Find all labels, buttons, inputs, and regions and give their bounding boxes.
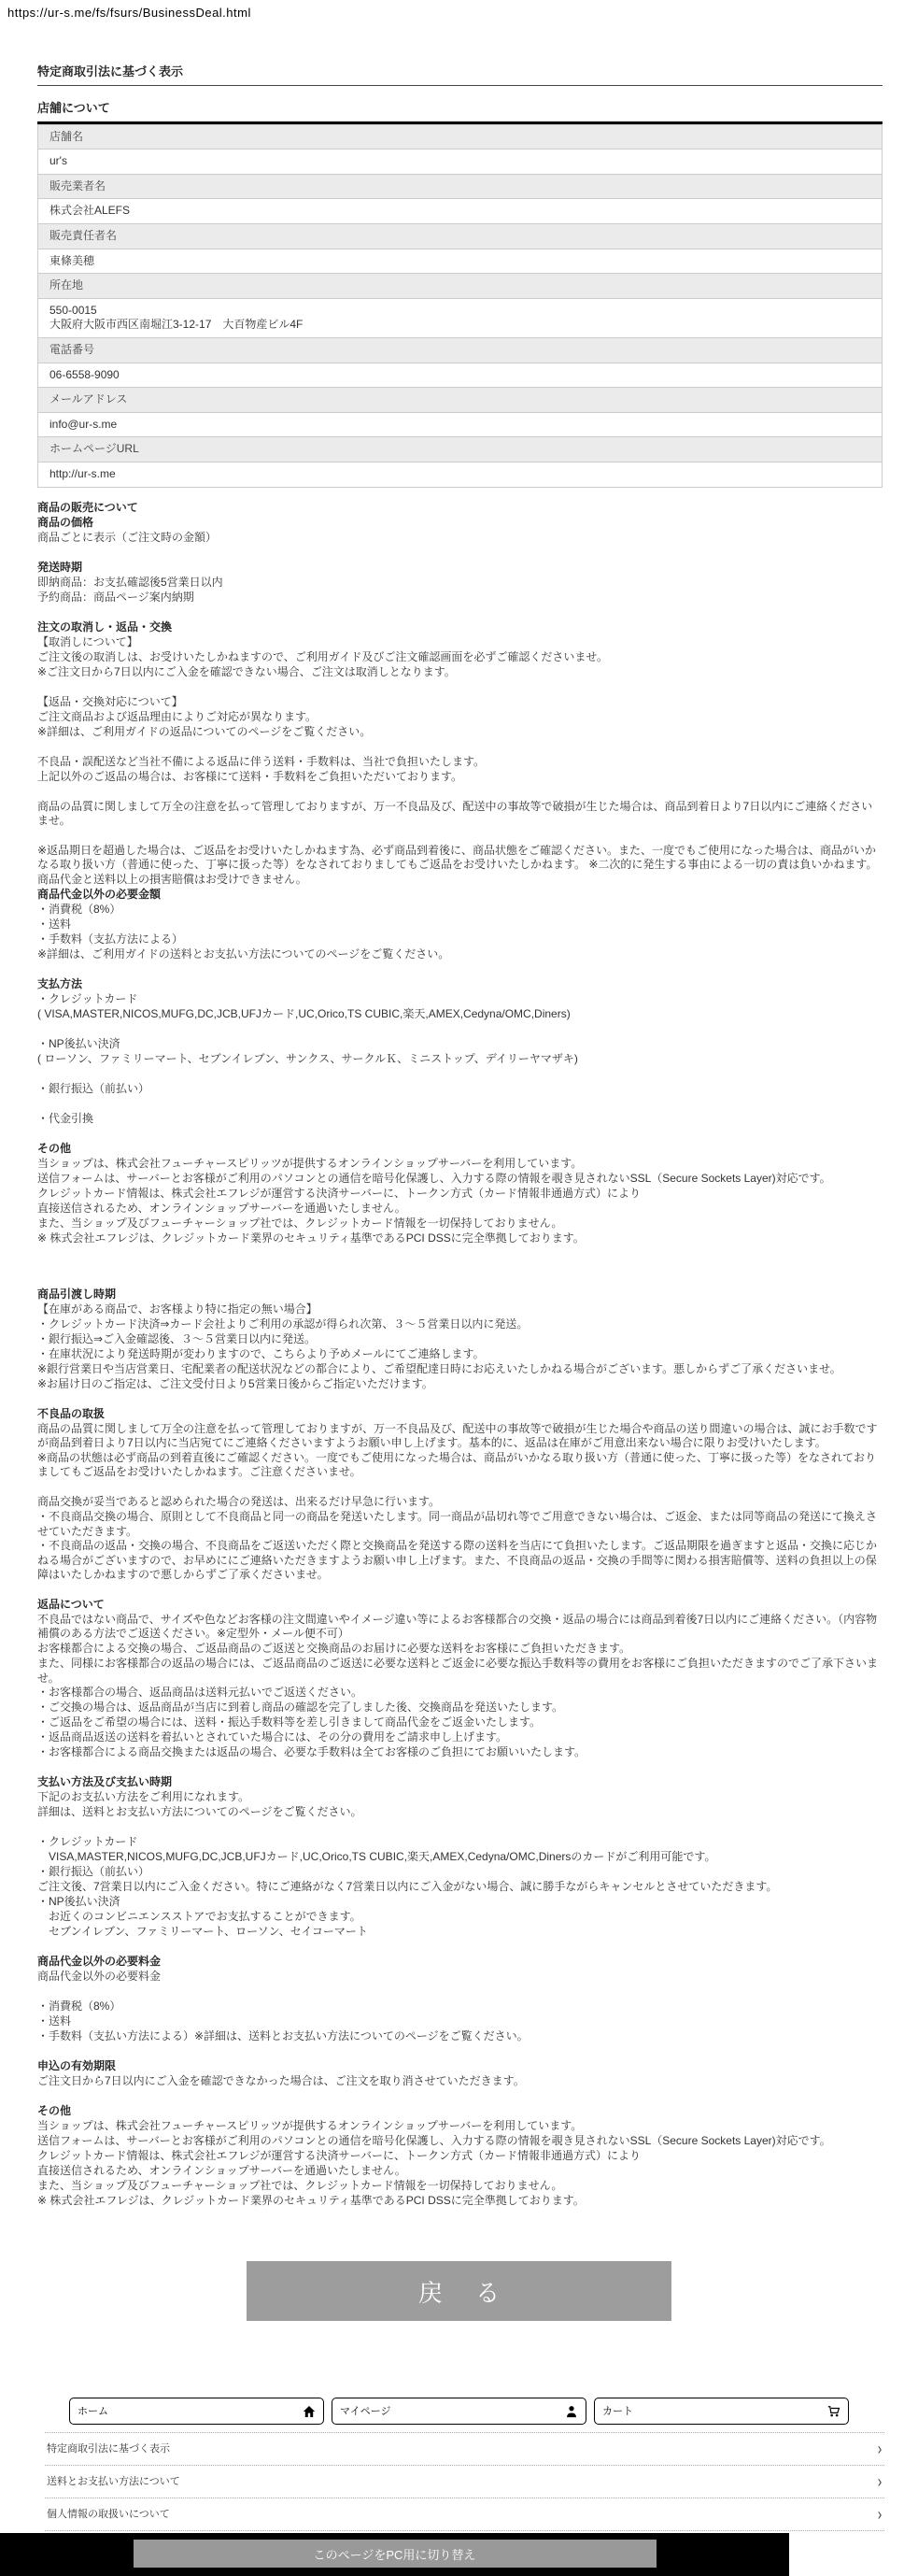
body-line [37,1985,883,2000]
table-row-label: 販売責任者名 [38,224,882,249]
body-line: 送信フォームは、サーバーとお客様がご利用のパソコンとの通信を暗号化保護し、入力す… [37,2134,883,2149]
table-row: ホームページURL http://ur-s.me [38,437,882,487]
body-line: 返品について [37,1598,883,1613]
body-line [37,1760,883,1775]
body-line: ・お客様都合による商品交換または返品の場合、必要な手数料は全てお客様のご負担にて… [37,1745,883,1760]
body-line [37,1127,883,1142]
body-line: お近くのコンビニエンスストアでお支払することができます。 [37,1910,883,1925]
body-line: 申込の有効期限 [37,2059,883,2074]
body-line: 商品ごとに表示（ご注文時の金額） [37,531,883,546]
table-row: 販売責任者名 東條美穂 [38,224,882,274]
body-line: ・送料 [37,918,883,932]
body-line: 支払い方法及び支払い時期 [37,1775,883,1790]
body-line: 不良品の取扱 [37,1407,883,1422]
body-line [37,2089,883,2104]
table-row-label: メールアドレス [38,388,882,413]
body-line: 予約商品：商品ページ案内納期 [37,591,883,605]
footer-link-privacy[interactable]: 個人情報の取扱いについて › [45,2498,884,2531]
body-line [37,1246,883,1288]
chevron-right-icon: › [878,2473,883,2490]
store-info-table: 店舗名 ur's 販売業者名 株式会社ALEFS 販売責任者名 東條美穂 所在地… [37,124,883,488]
table-row-value: http://ur-s.me [38,463,882,488]
body-line [37,1022,883,1037]
body-line: ・銀行振込（前払い） [37,1082,883,1097]
table-row: 所在地 550-0015 大阪府大阪市西区南堀江3-12-17 大百物産ビル4F [38,274,882,338]
body-line: ・在庫状況により発送時期が変わりますので、こちらより予めメールにてご連絡します。 [37,1347,883,1362]
body-line: ・銀行振込⇒ご入金確認後、３～５営業日以内に発送。 [37,1332,883,1347]
body-line: ・送料 [37,2014,883,2029]
body-line: 直接送信されるため、オンラインショップサーバーを通過いたしません。 [37,2164,883,2179]
body-line: 商品の品質に関しまして万全の注意を払って管理しておりますが、万一不良品及び、配送… [37,800,883,829]
table-row-value: info@ur-s.me [38,413,882,438]
body-line [37,2044,883,2059]
body-line: 上記以外のご返品の場合は、お客様にて送料・手数料をご負担いただいております。 [37,770,883,785]
table-row: 電話番号 06-6558-9090 [38,338,882,388]
main-content: 特定商取引法に基づく表示 店舗について 店舗名 ur's 販売業者名 株式会社A… [37,64,883,2209]
table-row-label: ホームページURL [38,437,882,463]
body-line: また、同様にお客様都合の返品の場合には、ご返品商品のご返送に必要な送料とご返金に… [37,1657,883,1686]
body-line: ※ご注文日から7日以内にご入金を確認できない場合、ご注文は取消しとなります。 [37,665,883,680]
footer-link-label: 個人情報の取扱いについて [47,2508,170,2521]
body-line: 詳細は、送料とお支払い方法についてのページをご覧ください。 [37,1805,883,1820]
body-line [37,1940,883,1955]
body-line: 商品引渡し時期 [37,1288,883,1302]
body-line: ・不良商品の返品・交換の場合、不良商品をご返送いただく際と交換商品を発送する際の… [37,1539,883,1583]
body-line: ・クレジットカード決済⇒カード会社よりご利用の承認が得られ次第、３～５営業日以内… [37,1317,883,1332]
body-line [37,605,883,620]
body-line: ・ご交換の場合は、返品商品が当店に到着し商品の確認を完了しました後、交換商品を発… [37,1701,883,1715]
body-line: 即納商品：お支払確認後5営業日以内 [37,576,883,591]
body-line: ・手数料（支払い方法による）※詳細は、送料とお支払い方法についてのページをご覧く… [37,2029,883,2044]
table-row-label: 店舗名 [38,125,882,150]
body-line [37,1583,883,1598]
table-row-value: 東條美穂 [38,249,882,275]
table-row-value: 550-0015 大阪府大阪市西区南堀江3-12-17 大百物産ビル4F [38,299,882,338]
nav-mypage-button[interactable]: マイページ [332,2398,586,2425]
footer-link-business-deal[interactable]: 特定商取引法に基づく表示 › [45,2433,884,2466]
body-line: 商品代金以外の必要料金 [37,1955,883,1970]
table-row-value: ur's [38,149,882,175]
body-line: 当ショップは、株式会社フューチャースピリッツが提供するオンラインショップサーバー… [37,1157,883,1172]
body-line: ・返品商品返送の送料を着払いとされていた場合には、その分の費用をご請求申し上げま… [37,1730,883,1745]
body-line: ご注文後、7営業日以内にご入金ください。特にご連絡がなく7営業日以内にご入金がな… [37,1880,883,1895]
body-line [37,1392,883,1407]
body-line: ご注文商品および返品理由によりご対応が異なります。 [37,710,883,725]
table-row: 店舗名 ur's [38,125,882,175]
body-line: ※銀行営業日や当店営業日、宅配業者の配送状況などの都合により、ご希望配達日時にお… [37,1362,883,1377]
cart-icon [827,2405,840,2418]
body-line: ・消費税（8%） [37,903,883,918]
nav-cart-button[interactable]: カート [594,2398,849,2425]
body-line: 送信フォームは、サーバーとお客様がご利用のパソコンとの通信を暗号化保護し、入力す… [37,1172,883,1187]
body-line [37,680,883,695]
body-line: 注文の取消し・返品・交換 [37,620,883,635]
body-line: ご注文後の取消しは、お受けいたしかねますので、ご利用ガイド及びご注文確認画面を必… [37,650,883,665]
legal-text-body: 商品の販売について商品の価格商品ごとに表示（ご注文時の金額）発送時期即納商品：お… [37,501,883,2210]
body-line: ・NP後払い決済 [37,1895,883,1910]
body-line [37,785,883,800]
body-line: ※お届け日のご指定は、ご注文受付日より5営業日後からご指定いただけます。 [37,1377,883,1392]
footer-links: 特定商取引法に基づく表示 › 送料とお支払い方法について › 個人情報の取扱いに… [45,2432,884,2531]
chevron-right-icon: › [878,2441,883,2457]
body-line: 直接送信されるため、オンラインショップサーバーを通過いたしません。 [37,1202,883,1217]
body-line: 当ショップは、株式会社フューチャースピリッツが提供するオンラインショップサーバー… [37,2119,883,2134]
body-line: 不良品ではない商品で、サイズや色などお客様の注文間違いやイメージ違い等によるお客… [37,1613,883,1642]
body-line: ※返品期日を超過した場合は、ご返品をお受けいたしかねます為、必ず商品到着後に、商… [37,844,883,888]
chevron-right-icon: › [878,2506,883,2523]
body-line: ・クレジットカード [37,992,883,1007]
footer-link-label: 特定商取引法に基づく表示 [47,2442,170,2455]
body-line [37,1067,883,1082]
table-row: メールアドレス info@ur-s.me [38,388,882,437]
body-line [37,1097,883,1112]
body-line: その他 [37,2104,883,2119]
body-line: クレジットカード情報は、株式会社エフレジが運営する決済サーバーに、トークン方式（… [37,2149,883,2164]
pc-view-switch-button[interactable]: このページをPC用に切り替え [134,2540,657,2568]
body-line: ・不良商品交換の場合、原則として不良商品と同一の商品を発送いたします。同一商品が… [37,1510,883,1539]
body-line: ※ 株式会社エフレジは、クレジットカード業界のセキュリティ基準であるPCI DS… [37,1231,883,1246]
body-line: ※商品の状態は必ず商品の到着直後にご確認ください。一度でもご使用になった場合は、… [37,1451,883,1480]
body-line: 商品の販売について [37,501,883,516]
body-line: 支払方法 [37,977,883,992]
home-icon [303,2405,316,2418]
body-line: 商品の価格 [37,516,883,531]
body-line: ・消費税（8%） [37,2000,883,2014]
nav-home-button[interactable]: ホーム [69,2398,324,2425]
body-line: また、当ショップ及びフューチャーショップ社では、クレジットカード情報を一切保持し… [37,2179,883,2194]
nav-home-label: ホーム [78,2405,108,2418]
body-line: ・お客様都合の場合、返品商品は送料元払いでご返送ください。 [37,1686,883,1701]
body-line [37,829,883,844]
body-line [37,740,883,755]
page-title: 特定商取引法に基づく表示 [37,64,883,86]
table-row: 販売業者名 株式会社ALEFS [38,175,882,224]
body-line: また、当ショップ及びフューチャーショップ社では、クレジットカード情報を一切保持し… [37,1217,883,1231]
body-line: ・クレジットカード [37,1835,883,1850]
body-line: 商品代金以外の必要料金 [37,1970,883,1985]
nav-mypage-label: マイページ [340,2405,391,2418]
body-line: 発送時期 [37,561,883,576]
body-line: ・銀行振込（前払い） [37,1865,883,1880]
body-line: 商品代金以外の必要金額 [37,888,883,903]
body-line: ( VISA,MASTER,NICOS,MUFG,DC,JCB,UFJカード,U… [37,1007,883,1022]
table-row-label: 販売業者名 [38,175,882,200]
body-line [37,1480,883,1495]
back-button[interactable]: 戻 る [247,2261,671,2321]
body-line: ご注文日から7日以内にご入金を確認できなかった場合は、ご注文を取り消させていただ… [37,2074,883,2089]
body-line: セブンイレブン、ファミリーマート、ローソン、セイコーマート [37,1925,883,1940]
body-line: クレジットカード情報は、株式会社エフレジが運営する決済サーバーに、トークン方式（… [37,1187,883,1202]
body-line [37,546,883,561]
table-row-value: 株式会社ALEFS [38,199,882,224]
body-line: ・手数料（支払方法による） [37,932,883,947]
nav-cart-label: カート [602,2405,633,2418]
person-icon [565,2405,578,2418]
table-row-value: 06-6558-9090 [38,363,882,389]
body-line: ※ 株式会社エフレジは、クレジットカード業界のセキュリティ基準であるPCI DS… [37,2194,883,2209]
body-line: 不良品・誤配送など当社不備による返品に伴う送料・手数料は、当社で負担いたします。 [37,755,883,770]
body-line: その他 [37,1142,883,1157]
table-row-label: 電話番号 [38,338,882,363]
store-section-heading: 店舗について [37,101,883,124]
body-line: ・代金引換 [37,1112,883,1127]
body-line: ・NP後払い決済 [37,1037,883,1052]
body-line: 【取消しについて】 [37,635,883,650]
footer-link-label: 送料とお支払い方法について [47,2475,180,2488]
body-line: ・ご返品をご希望の場合には、送料・振込手数料等を差し引きまして商品代金をご返金い… [37,1715,883,1730]
body-line: 商品交換が妥当であると認められた場合の発送は、出来るだけ早急に行います。 [37,1495,883,1510]
body-line [37,1820,883,1835]
bottom-nav: ホーム マイページ カート [69,2398,849,2425]
body-line: 下記のお支払い方法をご利用になれます。 [37,1790,883,1805]
body-line: ※詳細は、ご利用ガイドの送料とお支払い方法についてのページをご覧ください。 [37,947,883,962]
browser-url: https://ur-s.me/fs/fsurs/BusinessDeal.ht… [0,0,918,21]
footer-link-shipping-payment[interactable]: 送料とお支払い方法について › [45,2466,884,2498]
table-row-label: 所在地 [38,274,882,299]
body-line: お客様都合による交換の場合、ご返品商品のご返送と交換商品のお届けに必要な送料をお… [37,1642,883,1657]
body-line: 【在庫がある商品で、お客様より特に指定の無い場合】 [37,1302,883,1317]
body-line: ※詳細は、ご利用ガイドの返品についてのページをご覧ください。 [37,725,883,740]
body-line [37,962,883,977]
body-line: ( ローソン、ファミリーマート、セブンイレブン、サンクス、サークルＫ、ミニストッ… [37,1052,883,1067]
footer-bar: このページをPC用に切り替え [0,2533,789,2576]
body-line: 【返品・交換対応について】 [37,695,883,710]
body-line: 商品の品質に関しまして万全の注意を払って管理しておりますが、万一不良品及び、配送… [37,1422,883,1451]
body-line: VISA,MASTER,NICOS,MUFG,DC,JCB,UFJカード,UC,… [37,1850,883,1865]
